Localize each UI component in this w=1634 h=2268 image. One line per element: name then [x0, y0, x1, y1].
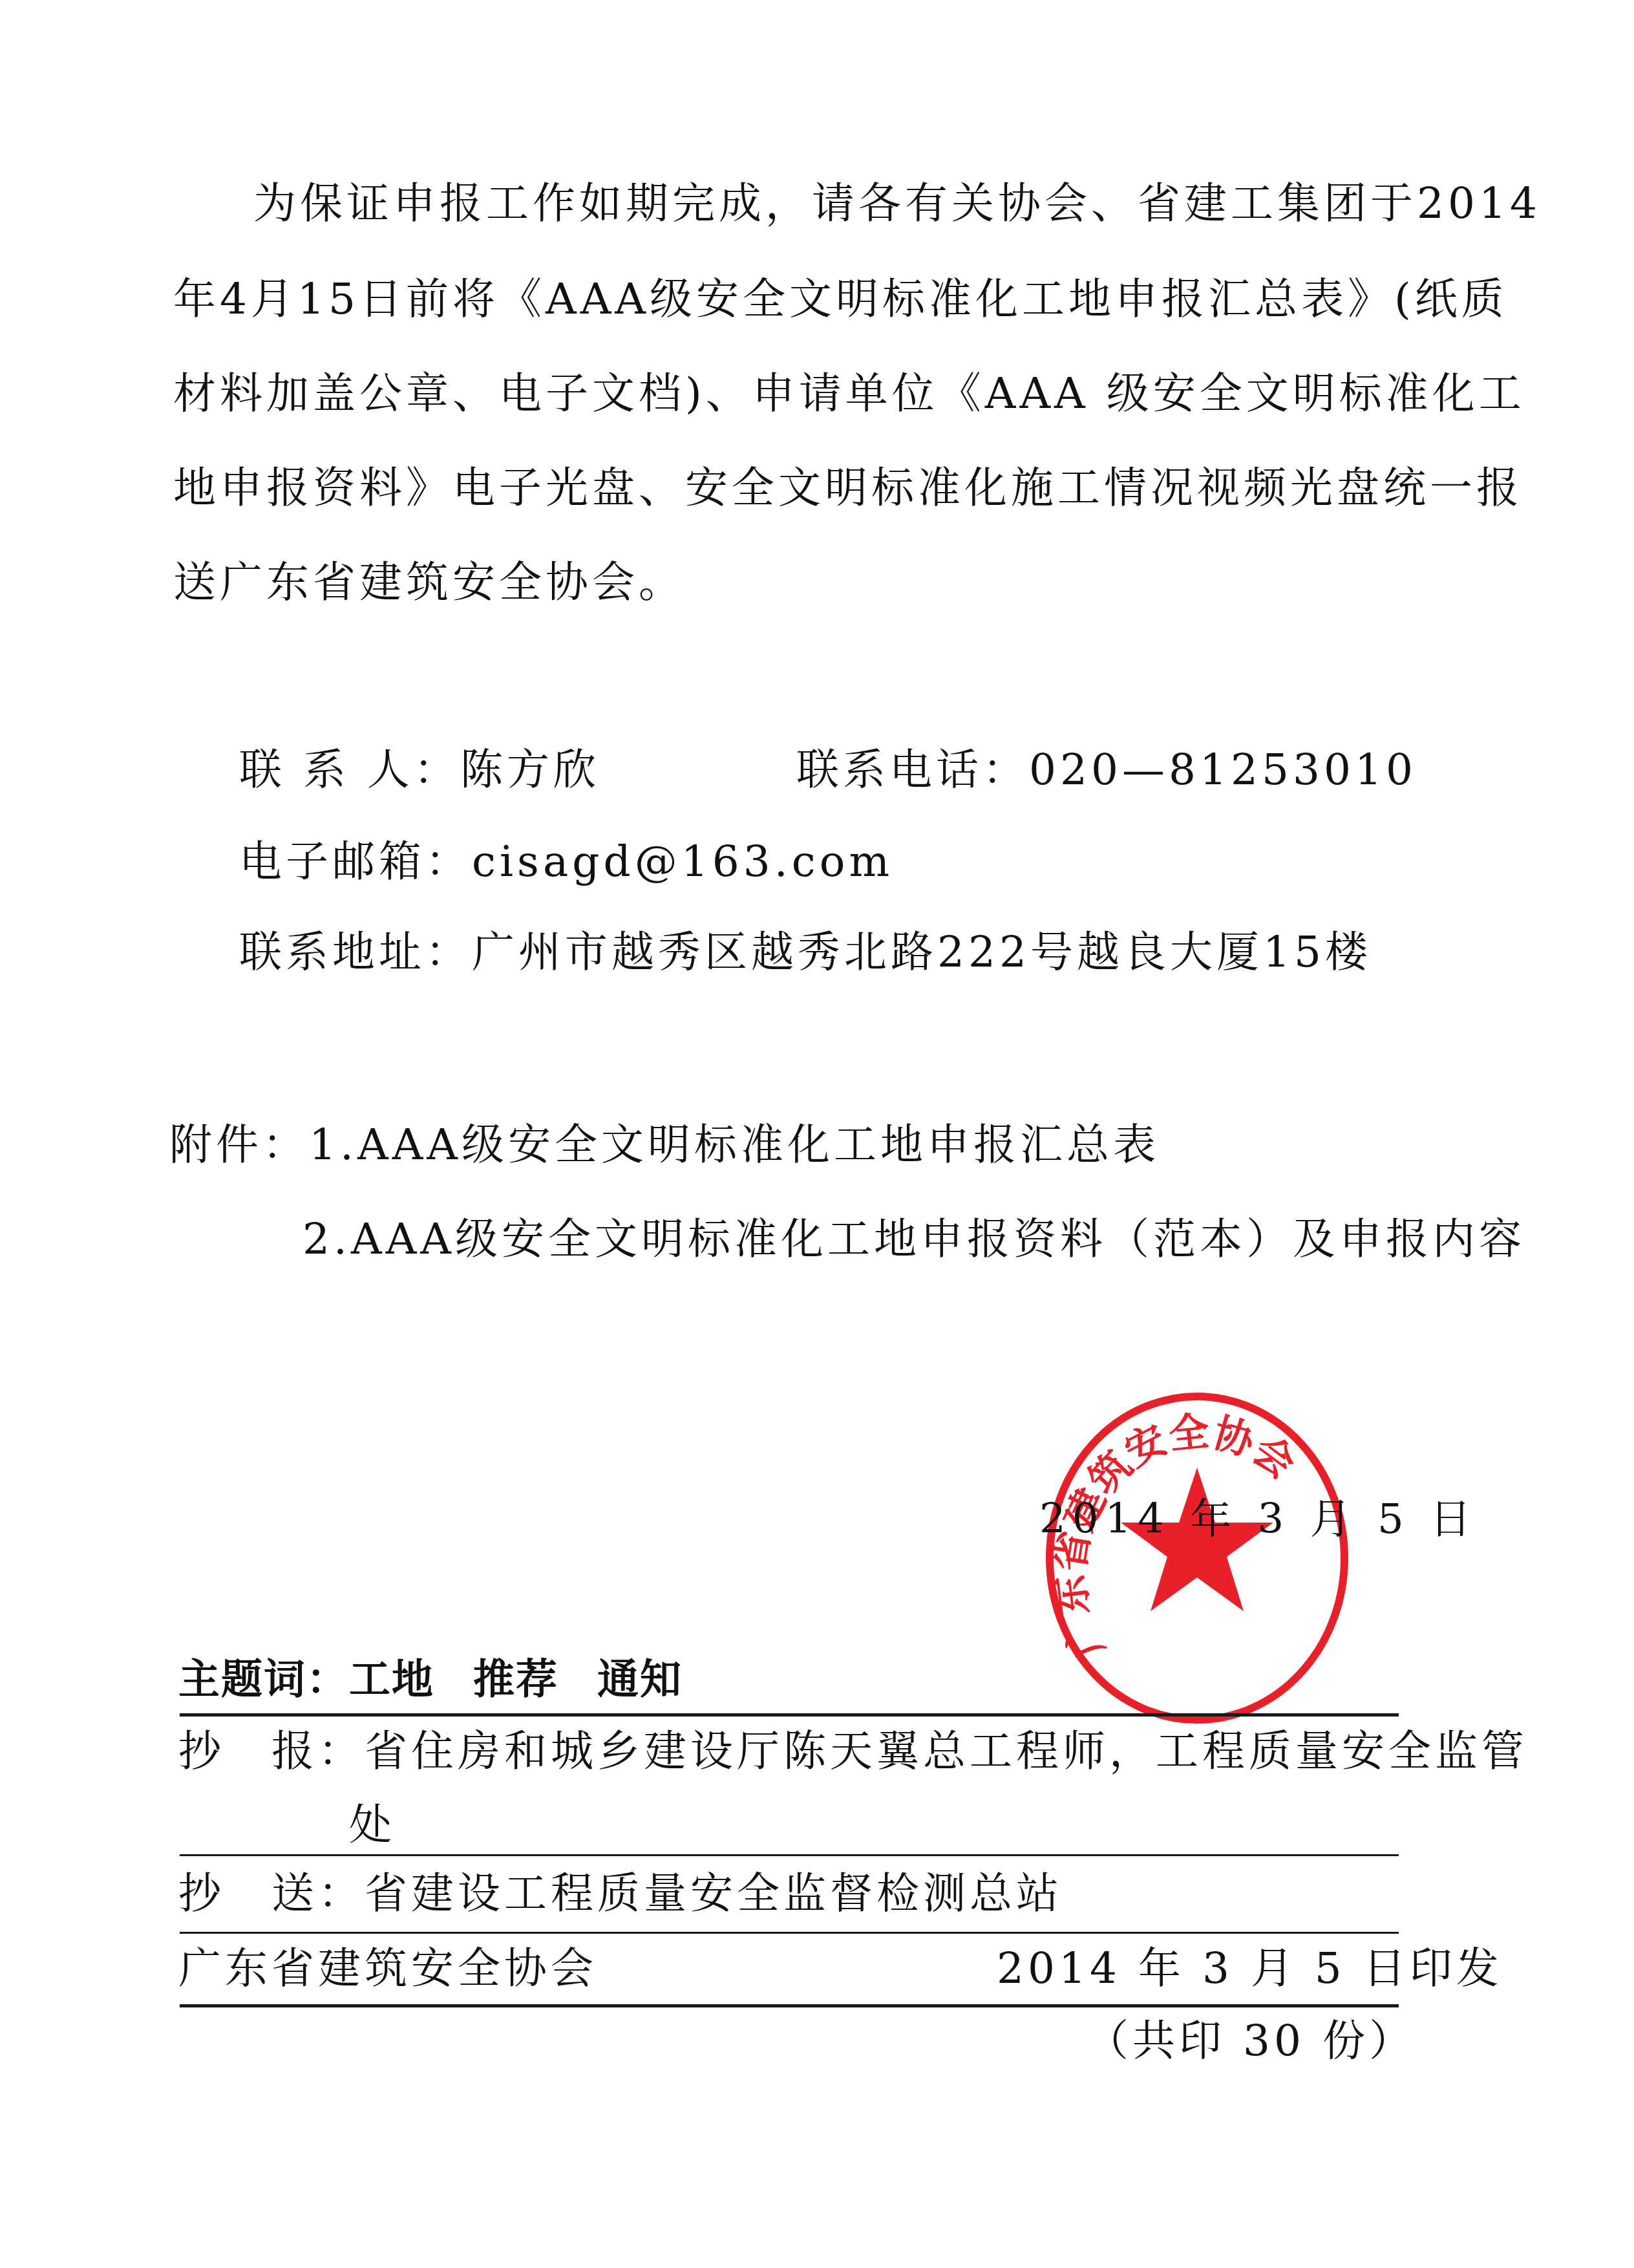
paragraph-line-4: 地申报资料》电子光盘、安全文明标准化施工情况视频光盘统一报	[173, 467, 1523, 509]
contact-person-value: 陈方欣	[460, 745, 600, 795]
cc-send: 抄 送：省建设工程质量安全监督检测总站	[178, 1872, 1063, 1915]
keywords: 主题词：工地推荐通知	[178, 1659, 683, 1700]
divider-line	[180, 1713, 1399, 1717]
contact-person-label: 联 系 人：	[239, 745, 460, 795]
divider-line	[180, 1854, 1399, 1856]
contact-phone-value: 020—81253010	[1029, 745, 1417, 795]
keyword-1: 工地	[349, 1656, 434, 1704]
cc-send-value: 省建设工程质量安全监督检测总站	[365, 1868, 1063, 1918]
attachment-item-1: 1.AAA级安全文明标准化工地申报汇总表	[309, 1120, 1160, 1170]
contact-email: 电子邮箱：cisagd@163.com	[239, 840, 893, 883]
cc-send-label: 抄 送：	[178, 1868, 365, 1918]
contact-phone: 联系电话：020—81253010	[796, 749, 1417, 791]
contact-email-value: cisagd@163.com	[472, 837, 893, 886]
keyword-3: 通知	[597, 1656, 683, 1704]
official-seal-icon: 广东省建筑安全协会	[1042, 1390, 1352, 1726]
paragraph-line-1: 为保证申报工作如期完成，请各有关协会、省建工集团于2014	[253, 182, 1541, 225]
issuer: 广东省建筑安全协会	[178, 1947, 597, 1990]
copies-count: （共印 30 份）	[1086, 2020, 1416, 2062]
contact-person: 联 系 人：陈方欣	[239, 749, 600, 791]
cc-report-label: 抄 报：	[178, 1726, 365, 1776]
contact-address-value: 广州市越秀区越秀北路222号越良大厦15楼	[472, 927, 1372, 977]
paragraph-line-2: 年4月15日前将《AAA级安全文明标准化工地申报汇总表》(纸质	[173, 278, 1508, 321]
issue-date: 2014 年 3 月 5 日印发	[997, 1947, 1503, 1990]
attachments-label: 附件：	[169, 1120, 309, 1170]
divider-line	[180, 1932, 1399, 1934]
paragraph-line-3: 材料加盖公章、电子文档)、申请单位《AAA 级安全文明标准化工	[173, 372, 1525, 415]
cc-report-value: 省住房和城乡建设厅陈天翼总工程师，工程质量安全监管	[365, 1726, 1528, 1776]
signature-date: 2014 年 3 月 5 日	[1039, 1499, 1478, 1540]
divider-line	[180, 2004, 1399, 2007]
keywords-label: 主题词：	[178, 1656, 349, 1704]
attachment-1: 附件：1.AAA级安全文明标准化工地申报汇总表	[169, 1124, 1160, 1166]
keyword-2: 推荐	[473, 1656, 558, 1704]
paragraph-line-5: 送广东省建筑安全协会。	[173, 561, 685, 604]
contact-email-label: 电子邮箱：	[239, 837, 472, 886]
contact-address-label: 联系地址：	[239, 927, 472, 977]
cc-report: 抄 报：省住房和城乡建设厅陈天翼总工程师，工程质量安全监管	[178, 1730, 1528, 1773]
cc-report-continued: 处	[349, 1804, 396, 1846]
contact-address: 联系地址：广州市越秀区越秀北路222号越良大厦15楼	[239, 931, 1372, 974]
contact-phone-label: 联系电话：	[796, 745, 1029, 795]
attachment-2: 2.AAA级安全文明标准化工地申报资料（范本）及申报内容	[302, 1218, 1525, 1261]
